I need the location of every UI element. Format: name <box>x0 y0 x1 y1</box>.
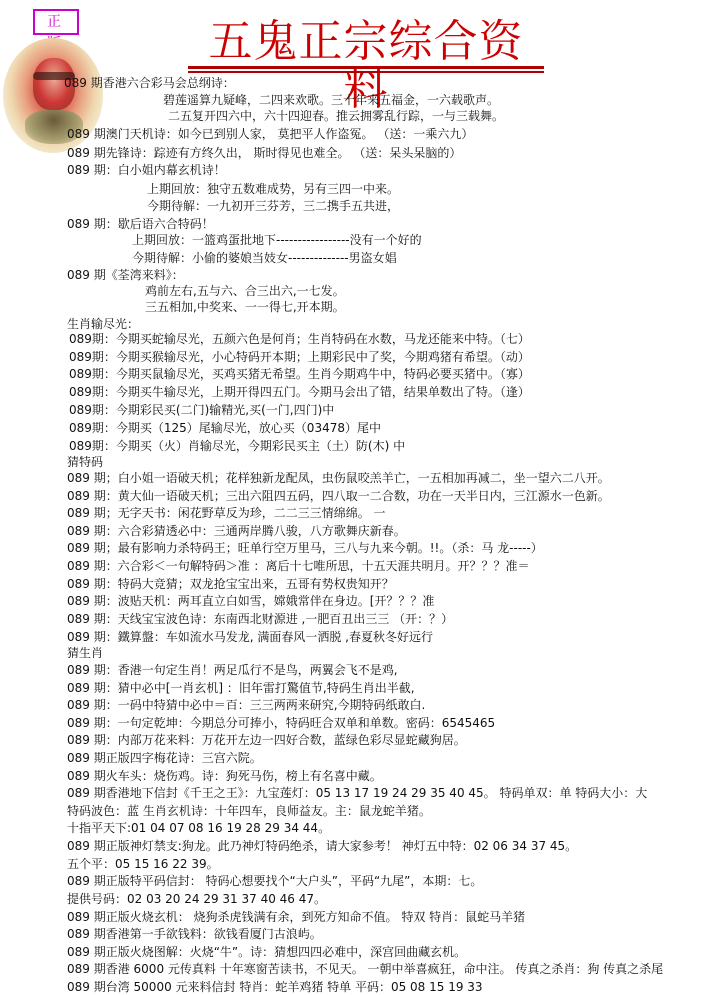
text-line: 089 期：香港一句定生肖！两足瓜行不是鸟，两翼会飞不是鸡, <box>67 661 398 679</box>
text-line: 089 期正版特平码信封： 特码心想要找个“大户头”，平码“九尾”，本期：七。 <box>67 872 482 890</box>
text-line: 089 期正版四字梅花诗：三宫六院。 <box>67 749 262 767</box>
text-line: 089 期：六合彩＜一句解特码＞准 ：离后十七唯所思，十五天涯共明月。开？？？准… <box>67 557 530 575</box>
text-line: 089 期正版火烧玄机： 烧狗杀虎钱满有余，到死方知命不值。 特双 特肖：鼠蛇马… <box>67 908 525 926</box>
text-line: 特码波色：蓝 生肖玄机诗：十年四车，良师益友。主：鼠龙蛇羊猪。 <box>67 802 431 820</box>
text-line: 089期：今期买蛇输尽光，五颜六色是何肖；生肖特码在水数，马龙还能来中特。（七） <box>69 330 530 348</box>
text-line: 089 期：白小姐内幕玄机诗！ <box>67 161 226 179</box>
text-line: 089 期澳门天机诗：如今已到别人家， 莫把平人作盗冤。 （送：一乘六九） <box>67 125 473 143</box>
text-line: 089期：今期买牛输尽光，上期开得四五门。今期马会出了错，结果单数出了特。（逢） <box>69 383 530 401</box>
text-line: 089 期：内部万花来料：万花开左边一四好合数，蓝绿色彩尽显蛇藏狗居。 <box>67 731 466 749</box>
text-line: 089 期正版神灯禁支:狗龙。此乃神灯特码绝杀，请大家参考！ 神灯五中特：02 … <box>67 837 577 855</box>
text-line: 089 期香港地下信封《千王之王》：九宝莲灯：05 13 17 19 24 29… <box>67 784 647 802</box>
text-line: 089 期：一码中特猜中必中＝百：三三两两来研究,今期特码纸敢白. <box>67 696 425 714</box>
text-line: 089 期；白小姐一语破天机；花样独新龙配凤，虫伤鼠咬羔羊亡，一五相加再减二，坐… <box>67 469 610 487</box>
text-line: 089 期台湾 50000 元来料信封 特肖：蛇羊鸡猪 特单 平码：05 08 … <box>67 978 483 995</box>
text-line: 089 期正版火烧图解：火烧“牛”。诗：猜想四四必难中，深宫回曲藏玄机。 <box>67 943 466 961</box>
text-line: 089 期香港第一手欲钱料：欲钱看厦门古浪屿。 <box>67 925 322 943</box>
text-line: 上期回放：一篮鸡蛋批地下-----------------没有一个好的 <box>132 231 422 249</box>
text-line: 089期：今期买鼠输尽光，买鸡买猪无希望。生肖今期鸡牛中，特码必要买猪中。（寡） <box>69 365 530 383</box>
text-line: 十指平天下:01 04 07 08 16 19 28 29 34 44。 <box>67 819 330 837</box>
text-line: 089 期：猜中必中[一肖玄机] ：旧年雷打驚值节,特码生肖出半截, <box>67 679 415 697</box>
title-underline <box>188 66 544 69</box>
text-line: 089 期香港 6000 元传真料 十年寒窗苦读书，不见天。 一朝中举喜疯狂，命… <box>67 960 663 978</box>
text-line: 今期待解：一九初开三芬芳，三二携手五共进， <box>147 197 399 215</box>
text-line: 提供号码：02 03 20 24 29 31 37 40 46 47。 <box>67 890 326 908</box>
text-line: 089 期火车头：烧伤鸡。诗：狗死马伤，榜上有名喜中藏。 <box>67 767 382 785</box>
text-line: 三五相加,中奖来、一一得七,开本期。 <box>145 298 345 316</box>
text-line: 089 期：一句定乾坤：今期总分可捧小，特码旺合双单和单数。密码：6545465 <box>67 714 495 732</box>
text-line: 089 期：六合彩猜透必中：三通两岸腾八骏，八方歌舞庆新春。 <box>67 522 406 540</box>
text-line: 089 期：黄大仙一语破天机；三出六阻四五码，四八取一二合数，功在一天半日内，三… <box>67 487 610 505</box>
genuine-badge: 正 版 <box>33 9 79 35</box>
text-line: 089 期：特码大竞猜；双龙抢宝宝出来，五哥有势权贵知开？ <box>67 575 394 593</box>
text-line: 089 期；最有影响力杀特码王；旺单行空万里马，三八与九来今朝。!!。（杀：马 … <box>67 539 543 557</box>
text-line: 五个平：05 15 16 22 39。 <box>67 855 219 873</box>
text-line: 碧莲遥算九疑峰，二四来欢歌。三十年来五福金，一六载歌声。 <box>163 91 499 109</box>
text-line: 鸡前左右,五与六、合三出六,一七发。 <box>145 282 345 300</box>
text-line: 089期：今期彩民买(二门)输精光,买(一门,四门)中 <box>69 401 334 419</box>
text-line: 今期待解：小偷的婆娘当妓女--------------男盗女娼 <box>132 249 397 267</box>
text-line: 089 期；无字天书：闲花野草反为珍，二二三三情绵绵。 一 <box>67 504 386 522</box>
text-line: 089 期香港六合彩马会总纲诗： <box>64 74 235 92</box>
text-line: 089 期先锋诗：踪迹有方终久出， 斯时得见也难全。 （送：呆头呆脑的） <box>67 144 461 162</box>
text-line: 猜生肖 <box>67 644 103 662</box>
text-line: 089 期：鐵算盤：车如流水马发龙, 满面春风一洒脱 ,春夏秋冬好远行 <box>67 628 433 646</box>
text-line: 二五复开四六中，六十四迎春。推云拥雾乱行踪，一与三载舞。 <box>168 107 504 125</box>
text-line: 089期：今期买（火）肖输尽光，今期彩民买主（土）防(木) 中 <box>69 437 405 455</box>
text-line: 089 期：波贴天机：两耳直立白如雪，嫦娥常伴在身边。[开？？？准 <box>67 592 434 610</box>
text-line: 089 期：天线宝宝波色诗：东南西北财源进 ,一肥百丑出三三 （开：？） <box>67 610 453 628</box>
text-line: 089期：今期买猴输尽光，小心特码开本期；上期彩民中了奖，今期鸡猪有希望。（动） <box>69 348 530 366</box>
title-underline-double <box>188 71 544 73</box>
text-line: 089期：今期买（125）尾输尽光，放心买（03478）尾中 <box>69 419 381 437</box>
text-line: 上期回放：独守五数难成势，另有三四一中来。 <box>147 180 399 198</box>
